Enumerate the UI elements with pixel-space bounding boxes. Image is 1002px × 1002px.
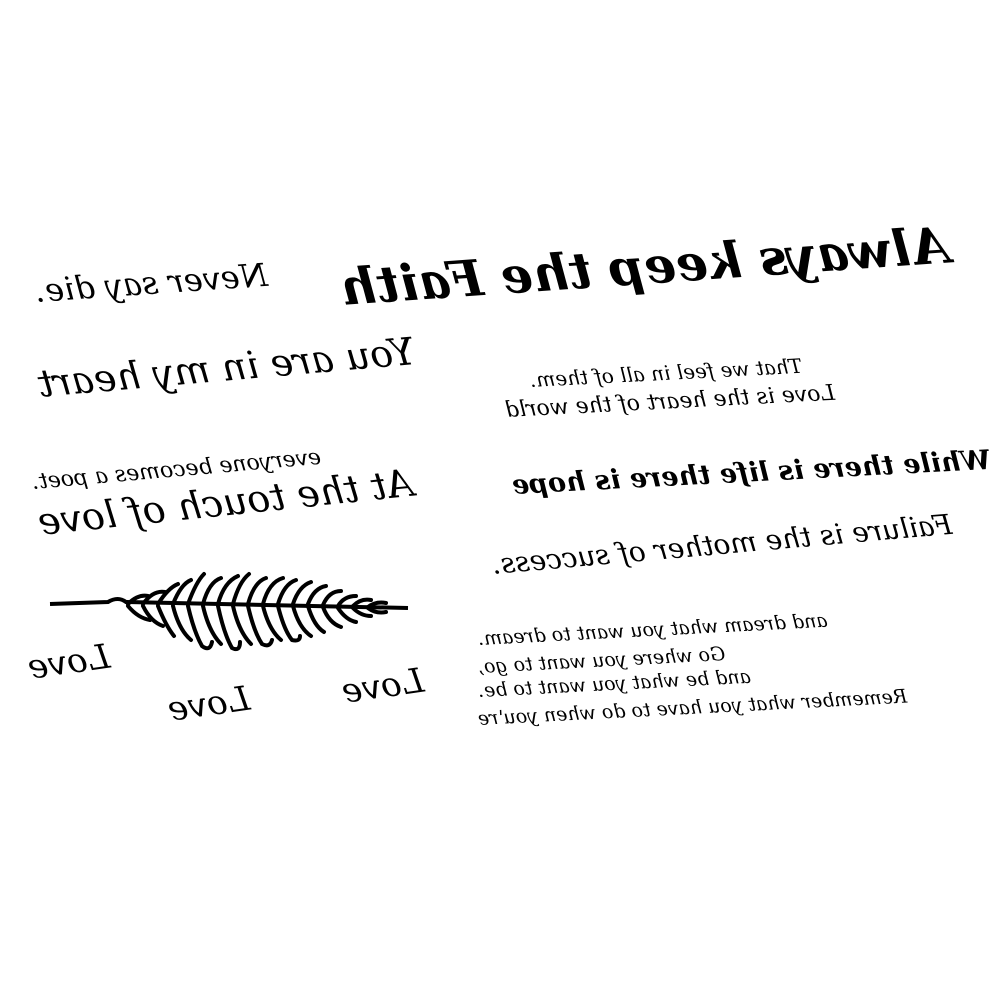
love-signature-2: Love [165,679,252,730]
phrase-never-say-die: Never say die. [34,256,269,310]
love-signature-3: Love [339,661,426,712]
phrase-failure: Failure is the mother of success. [491,508,954,581]
phrase-in-my-heart: You are in my heart [36,329,416,406]
phrase-life-hope: While there is life there is hope [511,445,991,501]
love-signature-1: Love [25,637,112,688]
phrase-always-keep-faith: Always keep the Faith [338,215,951,316]
paragraph-line-1: and dream what you want to dream. [477,610,828,650]
